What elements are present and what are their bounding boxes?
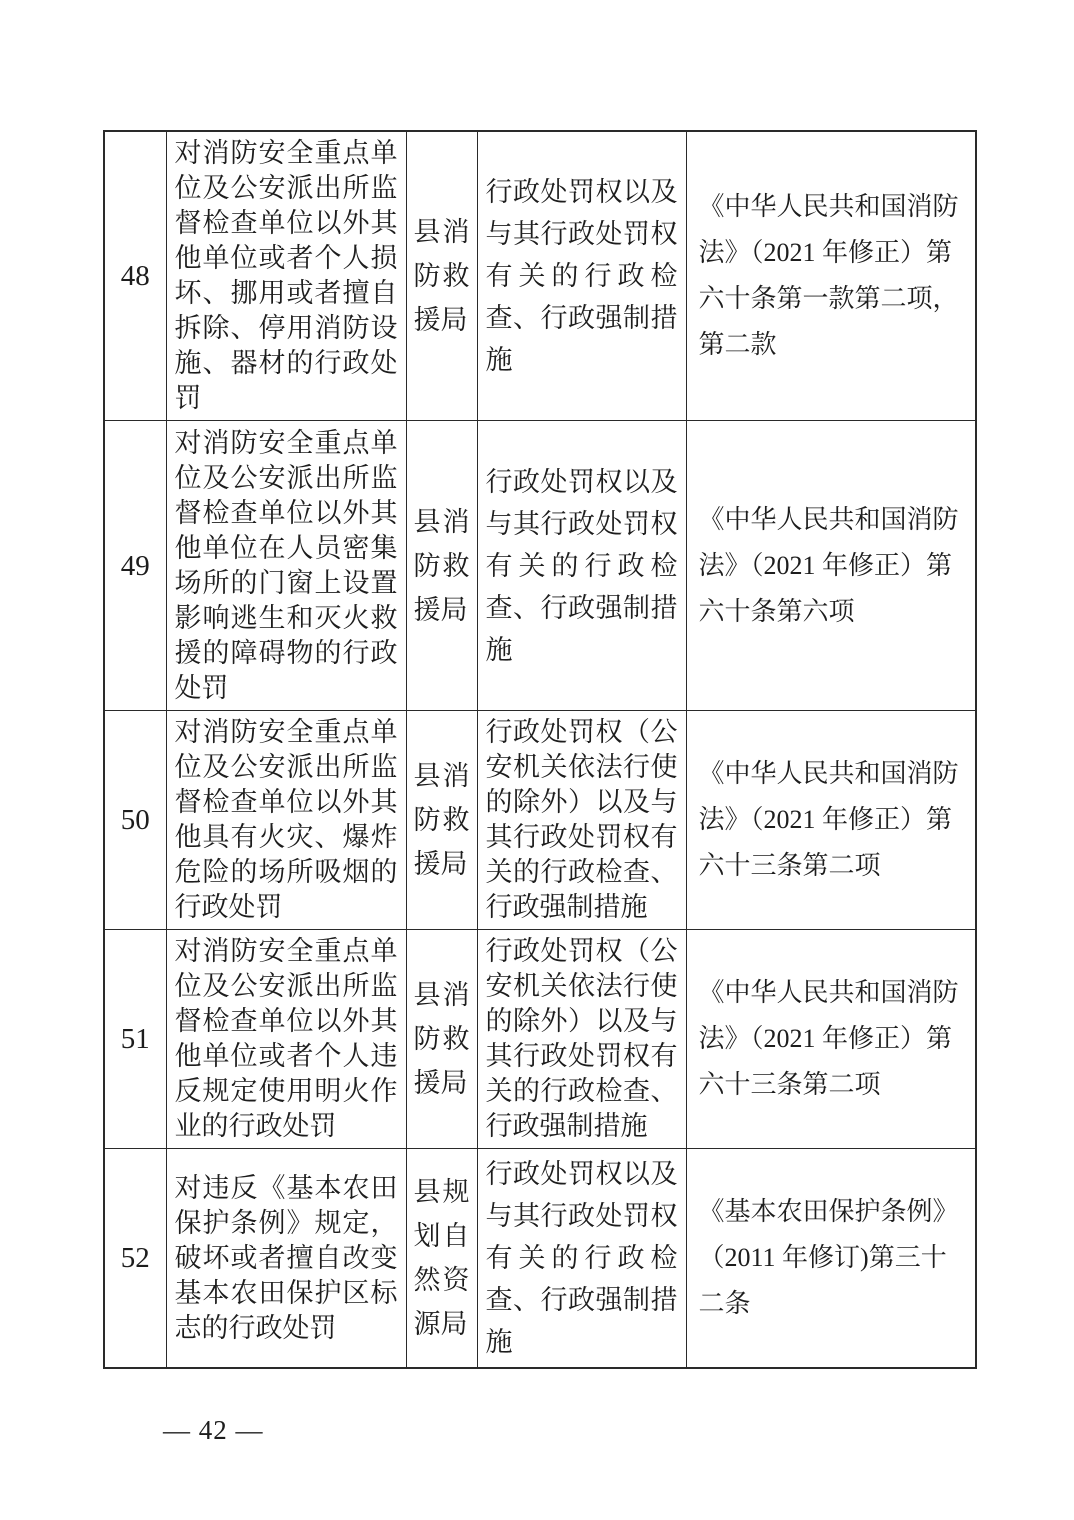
table-row: 49 对消防安全重点单位及公安派出所监督检查单位以外其他单位在人员密集场所的门窗…: [104, 421, 976, 711]
legal-basis-cell: 《中华人民共和国消防法》（2021 年修正）第六十三条第二项: [686, 711, 976, 930]
penalty-items-table: 48 对消防安全重点单位及公安派出所监督检查单位以外其他单位或者个人损坏、挪用或…: [103, 130, 977, 1369]
item-cell: 对消防安全重点单位及公安派出所监督检查单位以外其他单位或者个人损坏、挪用或者擅自…: [166, 131, 406, 421]
power-cell: 行政处罚权以及与其行政处罚权有关的行政检查、行政强制措施: [477, 1149, 686, 1369]
power-cell: 行政处罚权（公安机关依法行使的除外）以及与其行政处罚权有关的行政检查、行政强制措…: [477, 711, 686, 930]
item-cell: 对消防安全重点单位及公安派出所监督检查单位以外其他单位或者个人违反规定使用明火作…: [166, 930, 406, 1149]
department-cell: 县消防救援局: [406, 711, 477, 930]
item-cell: 对消防安全重点单位及公安派出所监督检查单位以外其他单位在人员密集场所的门窗上设置…: [166, 421, 406, 711]
table-row: 51 对消防安全重点单位及公安派出所监督检查单位以外其他单位或者个人违反规定使用…: [104, 930, 976, 1149]
table-row: 48 对消防安全重点单位及公安派出所监督检查单位以外其他单位或者个人损坏、挪用或…: [104, 131, 976, 421]
power-cell: 行政处罚权以及与其行政处罚权有关的行政检查、行政强制措施: [477, 421, 686, 711]
legal-basis-cell: 《基本农田保护条例》（2011 年修订)第三十二条: [686, 1149, 976, 1369]
legal-basis-cell: 《中华人民共和国消防法》（2021 年修正）第六十条第六项: [686, 421, 976, 711]
department-cell: 县消防救援局: [406, 930, 477, 1149]
department-cell: 县消防救援局: [406, 421, 477, 711]
row-number-cell: 51: [104, 930, 166, 1149]
department-cell: 县消防救援局: [406, 131, 477, 421]
page-number: — 42 —: [163, 1415, 264, 1446]
row-number-cell: 48: [104, 131, 166, 421]
row-number-cell: 50: [104, 711, 166, 930]
row-number-cell: 52: [104, 1149, 166, 1369]
legal-basis-cell: 《中华人民共和国消防法》（2021 年修正）第六十条第一款第二项，第二款: [686, 131, 976, 421]
row-number-cell: 49: [104, 421, 166, 711]
table-row: 50 对消防安全重点单位及公安派出所监督检查单位以外其他具有火灾、爆炸危险的场所…: [104, 711, 976, 930]
legal-basis-cell: 《中华人民共和国消防法》（2021 年修正）第六十三条第二项: [686, 930, 976, 1149]
item-cell: 对消防安全重点单位及公安派出所监督检查单位以外其他具有火灾、爆炸危险的场所吸烟的…: [166, 711, 406, 930]
document-page: 48 对消防安全重点单位及公安派出所监督检查单位以外其他单位或者个人损坏、挪用或…: [0, 0, 1074, 1520]
table-row: 52 对违反《基本农田保护条例》规定，破坏或者擅自改变基本农田保护区标志的行政处…: [104, 1149, 976, 1369]
item-cell: 对违反《基本农田保护条例》规定，破坏或者擅自改变基本农田保护区标志的行政处罚: [166, 1149, 406, 1369]
power-cell: 行政处罚权（公安机关依法行使的除外）以及与其行政处罚权有关的行政检查、行政强制措…: [477, 930, 686, 1149]
department-cell: 县规划自然资源局: [406, 1149, 477, 1369]
power-cell: 行政处罚权以及与其行政处罚权有关的行政检查、行政强制措施: [477, 131, 686, 421]
